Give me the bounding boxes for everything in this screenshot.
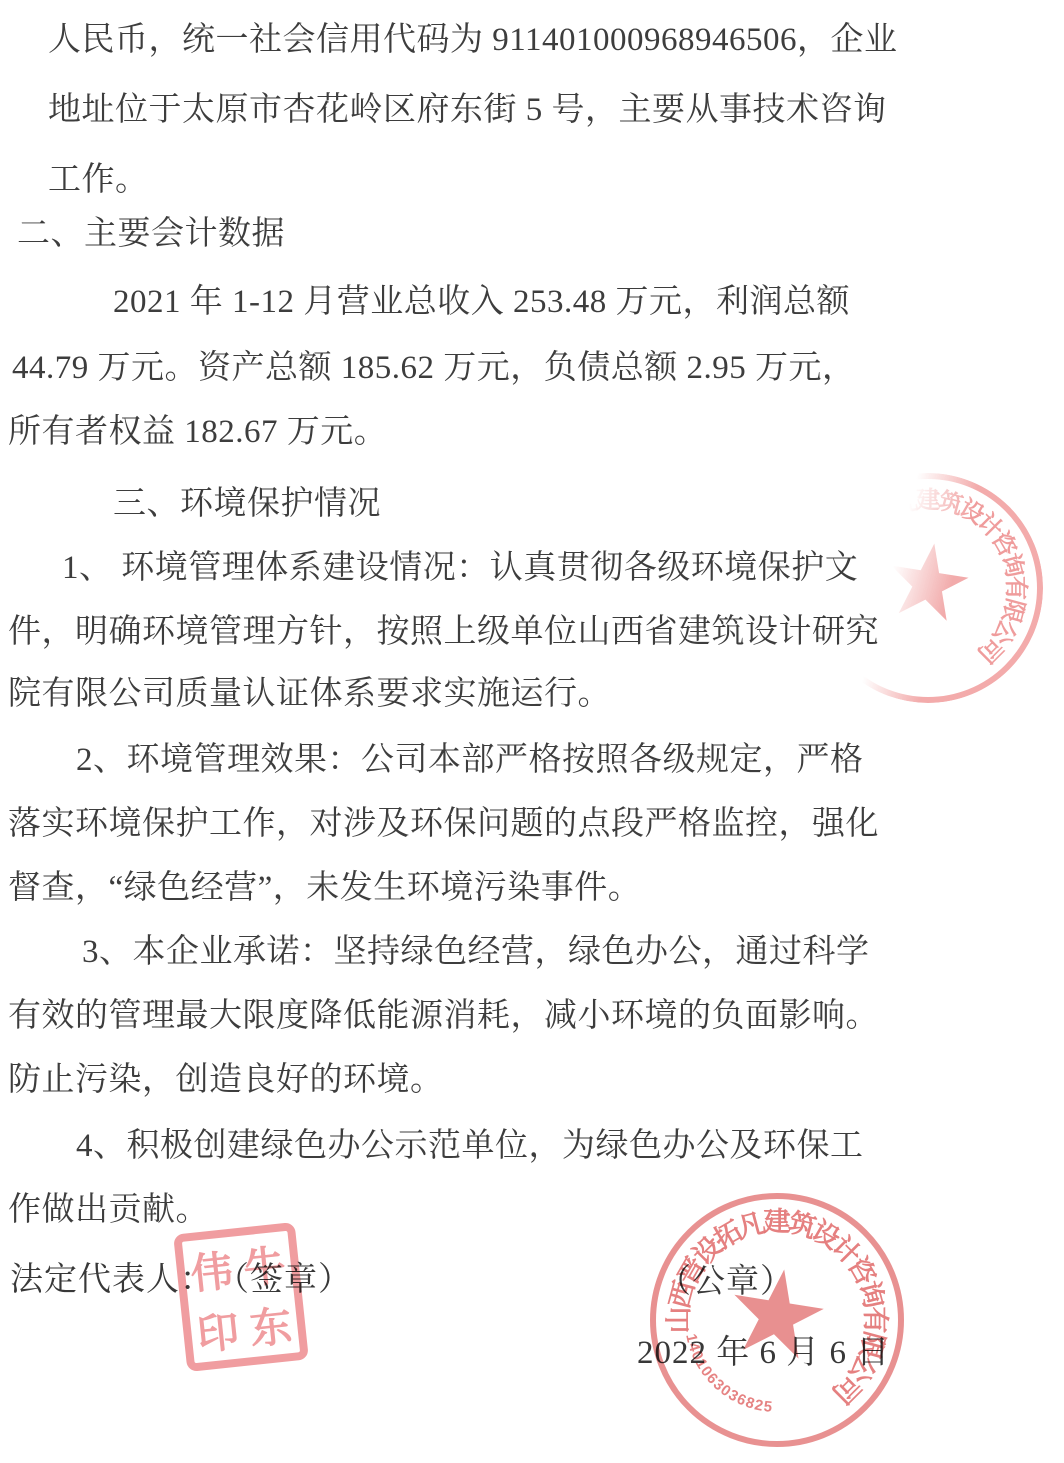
legal-representative-name-seal: 伟牛印东 — [173, 1222, 309, 1372]
name-seal-char: 伟 — [187, 1237, 235, 1301]
text-line: 44.79 万元。资产总额 185.62 万元，负债总额 2.95 万元， — [12, 348, 856, 388]
text-line: 三、环境保护情况 — [113, 484, 381, 524]
text-line: 有效的管理最大限度降低能源消耗，减小环境的负面影响。 — [8, 996, 879, 1036]
partial-company-seal-stamp: ★山西晋设拓凡建筑设计咨询有限公司 — [813, 473, 1043, 703]
text-line: 作做出贡献。 — [8, 1190, 209, 1230]
text-line: 督查，“绿色经营”，未发生环境污染事件。 — [8, 868, 641, 908]
text-line: 院有限公司质量认证体系要求实施运行。 — [8, 674, 611, 714]
text-line: 地址位于太原市杏花岭区府东街 5 号，主要从事技术咨询 — [48, 90, 887, 130]
text-line: 落实环境保护工作，对涉及环保问题的点段严格监控，强化 — [8, 804, 879, 844]
text-line: 人民币，统一社会信用代码为 911401000968946506，企业 — [48, 20, 898, 60]
document-page: 人民币，统一社会信用代码为 911401000968946506，企业地址位于太… — [0, 0, 1064, 1463]
name-seal-char: 牛 — [240, 1232, 288, 1296]
text-line: 2021 年 1-12 月营业总收入 253.48 万元，利润总额 — [113, 282, 850, 322]
text-line: 件，明确环境管理方针，按照上级单位山西省建筑设计研究 — [8, 612, 879, 652]
name-seal-char: 东 — [247, 1293, 295, 1357]
name-seal-char: 印 — [194, 1298, 242, 1362]
text-line: 所有者权益 182.67 万元。 — [8, 412, 387, 452]
star-icon: ★ — [716, 1249, 839, 1382]
text-line: 4、积极创建绿色办公示范单位，为绿色办公及环保工 — [76, 1126, 864, 1166]
seal-serial-digit: 5 — [759, 1398, 777, 1416]
text-line: 防止污染，创造良好的环境。 — [8, 1060, 444, 1100]
text-line: 3、本企业承诺：坚持绿色经营，绿色办公，通过科学 — [82, 932, 870, 972]
text-line: 工作。 — [48, 160, 149, 200]
company-official-seal-stamp: ★山西晋设拓凡建筑设计咨询有限公司1401063036825 — [650, 1193, 904, 1447]
text-line: 二、主要会计数据 — [17, 214, 285, 254]
star-icon: ★ — [875, 526, 981, 641]
text-line: 1、 环境管理体系建设情况：认真贯彻各级环境保护文 — [62, 548, 858, 588]
text-line: 2、环境管理效果：公司本部严格按照各级规定，严格 — [76, 740, 864, 780]
